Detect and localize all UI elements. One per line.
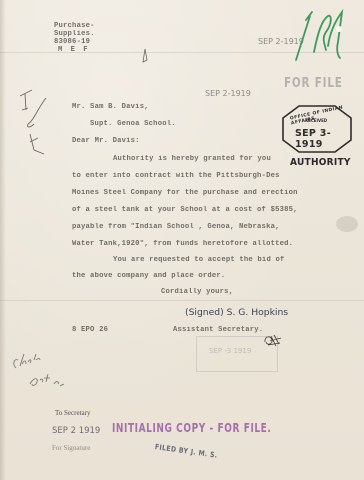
stamp-received-date: SEP 3-1919 [295, 128, 353, 150]
salutation: Dear Mr. Davis: [72, 137, 140, 145]
paper-fold-line [0, 300, 364, 301]
body-line-5: payable from "Indian School , Genoa, Neb… [72, 223, 280, 231]
signer-title: Assistant Secretary. [173, 326, 263, 334]
body-line-7: You are requested to accept the bid of [113, 256, 285, 264]
green-handwritten-number-icon [288, 2, 348, 64]
margin-handwritten-note-icon [8, 350, 68, 398]
header-ref-line-4: M E F [58, 46, 90, 54]
body-line-4: of a steel tank at your School at a cost… [72, 206, 298, 214]
pencil-mark-icon [140, 48, 150, 68]
margin-initials-icon [16, 84, 52, 164]
authority-stamp: AUTHORITY [290, 157, 351, 168]
filed-by-stamp: FILED BY J. M. S. [154, 442, 218, 460]
closing: Cordially yours, [161, 288, 233, 296]
received-date-stamp-left: SEP 2-1919 [205, 89, 251, 98]
stamp-received-label: RECEIVED [305, 118, 327, 123]
routing-date-stamp: SEP 2 1919 [52, 426, 100, 436]
header-ref-line-2: Supplies. [54, 30, 95, 38]
paper-smudge [336, 216, 358, 232]
paper-hole [336, 26, 342, 32]
body-line-3: Moines Steel Company for the purchase an… [72, 189, 298, 197]
header-ref-line-3: 83086-19 [54, 38, 90, 46]
typist-reference: 8 EPO 26 [72, 326, 108, 334]
initialing-copy-stamp: INITIALING COPY - FOR FILE. [112, 420, 271, 435]
body-line-1: Authority is hereby granted for you [113, 155, 271, 163]
addressee-title: Supt. Genoa School. [90, 120, 176, 128]
addressee-name: Mr. Sam B. Davis, [72, 103, 149, 111]
faint-date-stamp: SEP -3 1919 [196, 336, 278, 372]
faint-stamp-date: SEP -3 1919 [209, 347, 251, 355]
header-ref-line-1: Purchase- [54, 22, 95, 30]
body-line-2: to enter into contract with the Pittsbur… [72, 172, 280, 180]
for-file-stamp: FOR FILE [284, 76, 343, 91]
body-line-6: Water Tank,1920", from funds heretofore … [72, 240, 293, 248]
paper-edge-shadow [0, 0, 6, 480]
routing-purpose: For Signature [52, 444, 90, 452]
signature: (Signed) S. G. Hopkins [185, 307, 288, 318]
office-received-stamp: OFFICE OF INDIAN AFFAIRS RECEIVED SEP 3-… [281, 104, 353, 154]
document-paper: Purchase- Supplies. 83086-19 M E F SEP 2… [0, 0, 364, 480]
body-line-8: the above company and place order. [72, 272, 225, 280]
routing-to: To Secretary [55, 409, 90, 417]
